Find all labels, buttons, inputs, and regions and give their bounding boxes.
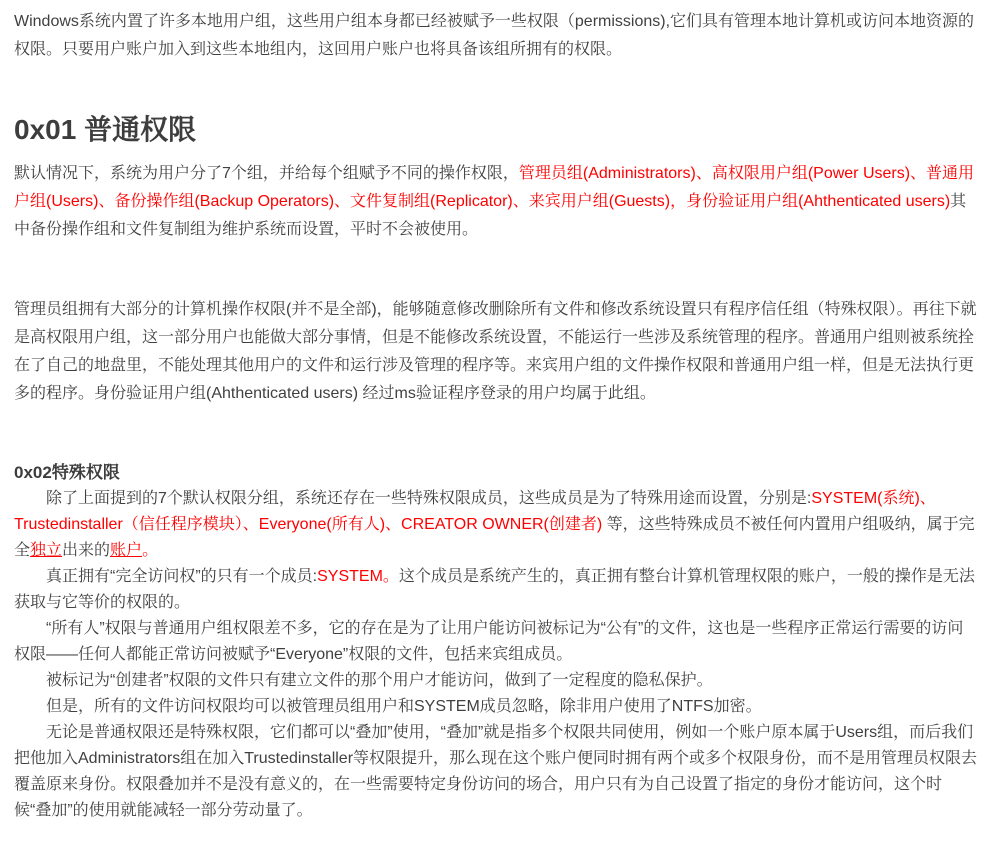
- section-2-creator-paragraph: 被标记为“创建者”权限的文件只有建立文件的那个用户才能访问，做到了一定程度的隐私…: [14, 668, 978, 694]
- text-run: 默认情况下，系统为用户分了7个组，并给每个组赋予不同的操作权限，: [14, 165, 519, 182]
- section-2-special-members-paragraph: 除了上面提到的7个默认权限分组，系统还存在一些特殊权限成员，这些成员是为了特殊用…: [14, 486, 978, 564]
- text-run: 除了上面提到的7个默认权限分组，系统还存在一些特殊权限成员，这些成员是为了特殊用…: [46, 490, 811, 507]
- text-run: 被标记为“创建者”权限的文件只有建立文件的那个用户才能访问，做到了一定程度的隐私…: [46, 672, 713, 689]
- text-run: 出来的: [62, 542, 110, 559]
- section-2-stacking-paragraph: 无论是普通权限还是特殊权限，它们都可以“叠加”使用，“叠加”就是指多个权限共同使…: [14, 720, 978, 824]
- highlighted-text-run: 。: [142, 542, 158, 559]
- text-run: 但是，所有的文件访问权限均可以被管理员组用户和SYSTEM成员忽略，除非用户使用…: [46, 698, 762, 715]
- text-run: 真正拥有“完全访问权”的只有一个成员:: [46, 568, 317, 585]
- section-2-heading: 0x02特殊权限: [14, 460, 978, 486]
- section-2-everyone-paragraph: “所有人”权限与普通用户组权限差不多，它的存在是为了让用户能访问被标记为“公有”…: [14, 616, 978, 668]
- article-body: Windows系统内置了许多本地用户组，这些用户组本身都已经被赋予一些权限（pe…: [0, 0, 993, 824]
- section-2-override-paragraph: 但是，所有的文件访问权限均可以被管理员组用户和SYSTEM成员忽略，除非用户使用…: [14, 694, 978, 720]
- text-run: “所有人”权限与普通用户组权限差不多，它的存在是为了让用户能访问被标记为“公有”…: [14, 620, 963, 663]
- text-run: 管理员组拥有大部分的计算机操作权限(并不是全部)，能够随意修改删除所有文件和修改…: [14, 301, 977, 402]
- section-2-system-paragraph: 真正拥有“完全访问权”的只有一个成员:SYSTEM。这个成员是系统产生的，真正拥…: [14, 564, 978, 616]
- section-1-heading: 0x01 普通权限: [14, 112, 978, 148]
- highlighted-text-run: SYSTEM。: [317, 568, 399, 585]
- intro-paragraph: Windows系统内置了许多本地用户组，这些用户组本身都已经被赋予一些权限（pe…: [14, 8, 978, 64]
- section-1-groups-paragraph: 默认情况下，系统为用户分了7个组，并给每个组赋予不同的操作权限，管理员组(Adm…: [14, 160, 978, 244]
- highlighted-text-run: 独立: [30, 542, 62, 559]
- highlighted-text-run: 账户: [110, 542, 142, 559]
- section-2: 0x02特殊权限 除了上面提到的7个默认权限分组，系统还存在一些特殊权限成员，这…: [14, 460, 978, 824]
- text-run: 无论是普通权限还是特殊权限，它们都可以“叠加”使用，“叠加”就是指多个权限共同使…: [14, 724, 977, 819]
- text-run: Windows系统内置了许多本地用户组，这些用户组本身都已经被赋予一些权限（pe…: [14, 13, 974, 58]
- section-1-description-paragraph: 管理员组拥有大部分的计算机操作权限(并不是全部)，能够随意修改删除所有文件和修改…: [14, 296, 978, 408]
